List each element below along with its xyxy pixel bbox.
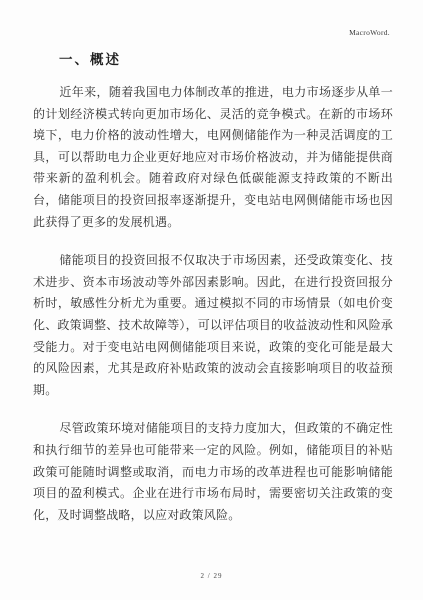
paragraph: 储能项目的投资回报不仅取决于市场因素，还受政策变化、技术进步、资本市场波动等外部… [33, 250, 393, 401]
page-footer: 2 / 29 [0, 565, 423, 583]
paragraph: 近年来，随着我国电力体制改革的推进，电力市场逐步从单一的计划经济模式转向更加市场… [33, 82, 393, 233]
page-header: MacroWord. [33, 22, 390, 40]
document-body: 一、概述 近年来，随着我国电力体制改革的推进，电力市场逐步从单一的计划经济模式转… [33, 50, 393, 526]
brand-watermark: MacroWord. [349, 28, 390, 37]
paragraph: 尽管政策环境对储能项目的支持力度加大，但政策的不确定性和执行细节的差异也可能带来… [33, 418, 393, 526]
document-page: MacroWord. 一、概述 近年来，随着我国电力体制改革的推进，电力市场逐步… [0, 0, 423, 600]
page-number: 2 / 29 [201, 572, 223, 580]
section-heading: 一、概述 [33, 50, 393, 70]
